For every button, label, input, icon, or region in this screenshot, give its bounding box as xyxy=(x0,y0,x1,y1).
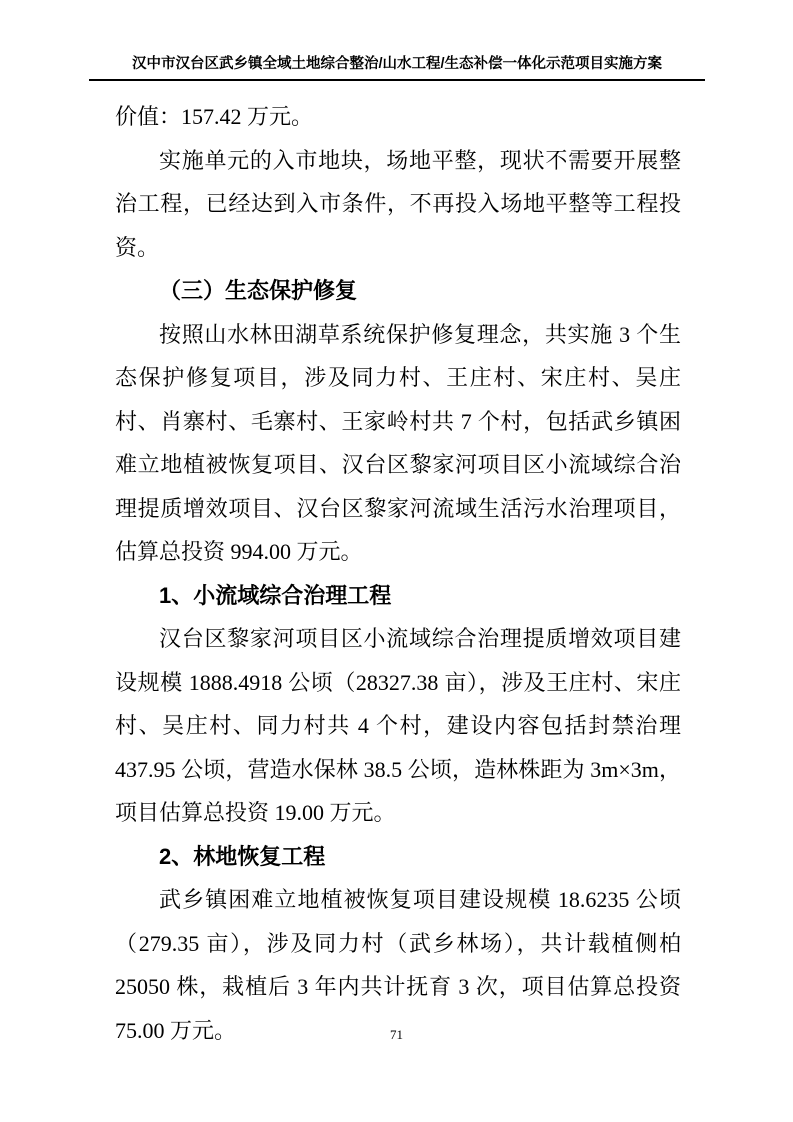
heading-small-watershed-treatment: 1、小流域综合治理工程 xyxy=(115,574,681,618)
heading-forest-land-restoration: 2、林地恢复工程 xyxy=(115,835,681,879)
page-number: 71 xyxy=(390,1027,403,1042)
document-page: { "page": { "header": { "title": "汉中市汉台区… xyxy=(0,0,793,1122)
paragraph-watershed-project-details: 汉台区黎家河项目区小流域综合治理提质增效项目建设规模 1888.4918 公顷（… xyxy=(115,617,681,835)
document-body: 价值：157.42 万元。 实施单元的入市地块，场地平整，现状不需要开展整治工程… xyxy=(115,95,681,1052)
paragraph-land-entry: 实施单元的入市地块，场地平整，现状不需要开展整治工程，已经达到入市条件，不再投入… xyxy=(115,139,681,270)
heading-ecological-protection-restoration: （三）生态保护修复 xyxy=(115,269,681,313)
paragraph-value-continuation: 价值：157.42 万元。 xyxy=(115,95,681,139)
page-footer: 71 xyxy=(0,1026,793,1044)
header-title: 汉中市汉台区武乡镇全域土地综合整治/山水工程/生态补偿一体化示范项目实施方案 xyxy=(89,52,705,73)
page-header: 汉中市汉台区武乡镇全域土地综合整治/山水工程/生态补偿一体化示范项目实施方案 xyxy=(89,52,705,81)
paragraph-ecological-overview: 按照山水林田湖草系统保护修复理念，共实施 3 个生态保护修复项目，涉及同力村、王… xyxy=(115,313,681,574)
page-background: 汉中市汉台区武乡镇全域土地综合整治/山水工程/生态补偿一体化示范项目实施方案 价… xyxy=(0,0,793,1122)
